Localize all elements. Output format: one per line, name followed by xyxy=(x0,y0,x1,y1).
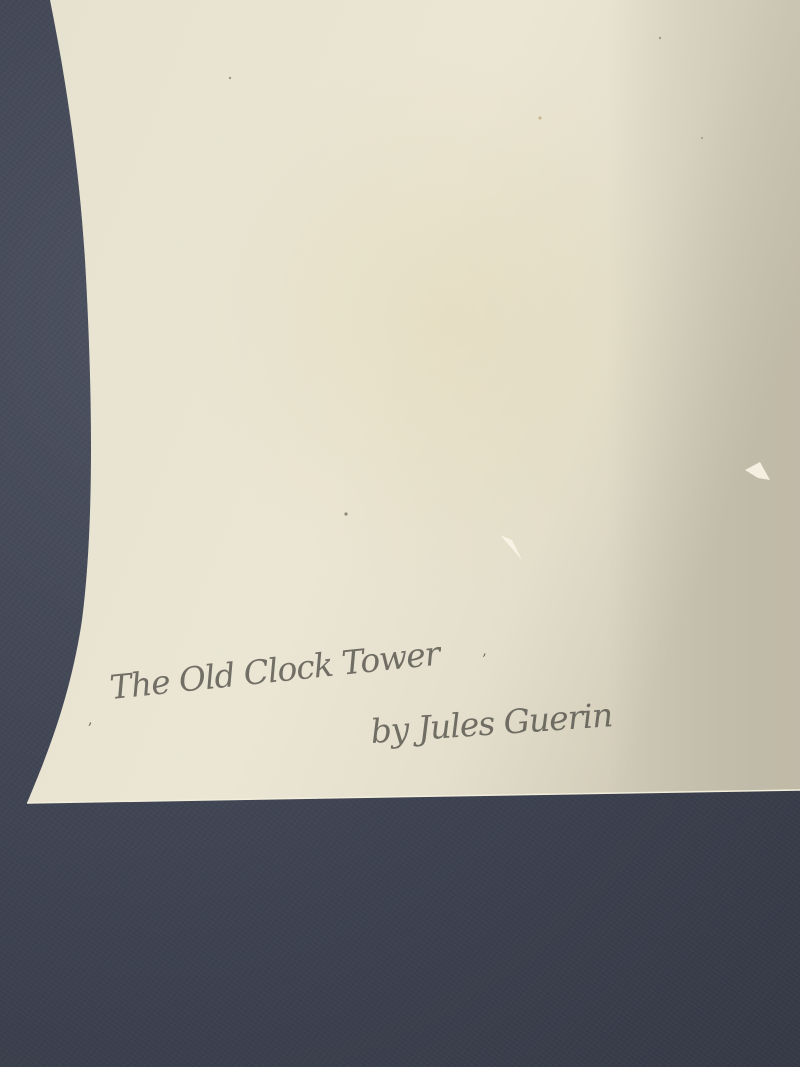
paper-sheet xyxy=(0,0,800,1067)
paper-shape xyxy=(0,0,800,1067)
